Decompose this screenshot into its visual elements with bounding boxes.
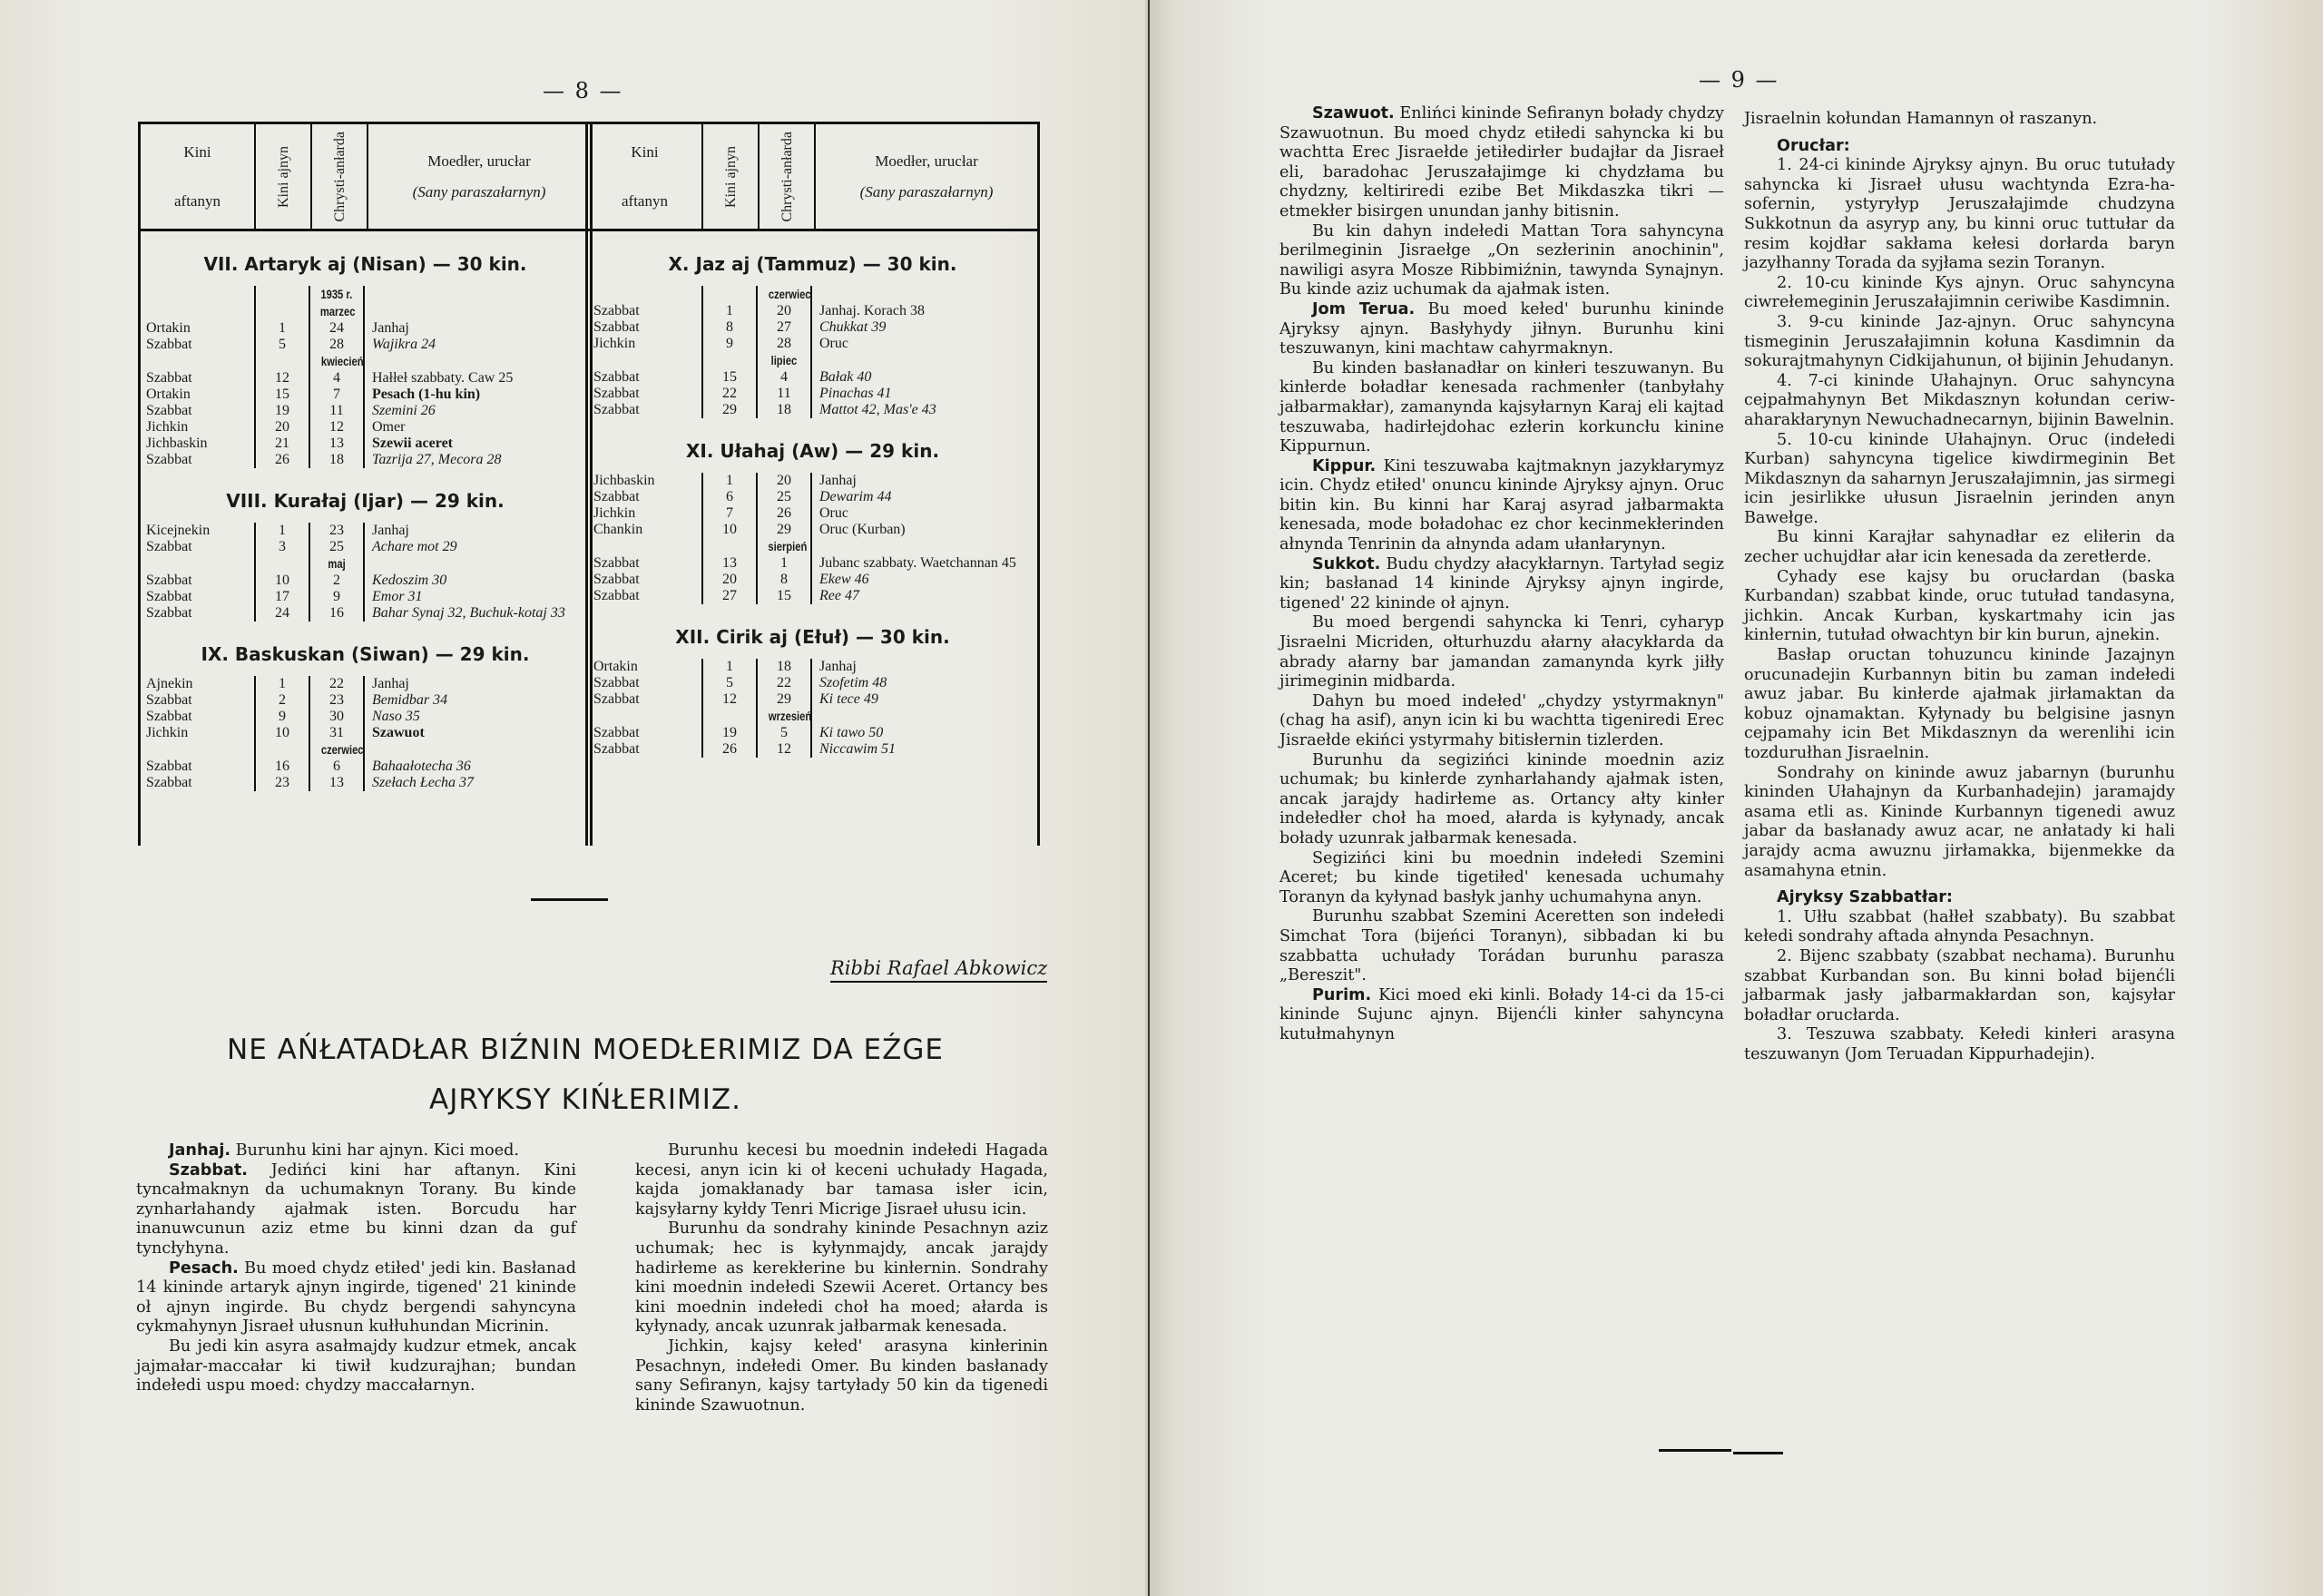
- paragraph: Pesach. Bu moed chydz etiłed' jedi kin. …: [136, 1259, 576, 1337]
- day-name: Szabbat: [141, 337, 254, 353]
- gregorian-value: 16: [329, 605, 344, 621]
- gregorian-date: 8: [756, 572, 810, 588]
- day-of-month: 26: [254, 452, 309, 468]
- months-right: X. Jaz aj (Tammuz) — 30 kin.czerwiecSzab…: [588, 253, 1037, 758]
- gregorian-value: 12: [329, 419, 344, 435]
- paragraph-lead: Jom Terua.: [1312, 300, 1415, 318]
- gregorian-date: 2: [309, 573, 363, 589]
- section-heading: Ajryksy Szabbatłar:: [1744, 888, 2175, 908]
- paragraph-text: 4. 7-ci kininde Ułahajnyn. Oruc sahyncyn…: [1744, 372, 2175, 429]
- day-of-month: 12: [254, 370, 309, 387]
- day-name: Szabbat: [141, 370, 254, 387]
- gregorian-date: czerwiec: [309, 741, 363, 759]
- gregorian-date: wrzesień: [756, 708, 810, 725]
- month-rows: Ortakin118JanhajSzabbat522Szofetim 48Sza…: [588, 659, 1037, 758]
- day-of-month: 2: [254, 692, 309, 709]
- gregorian-value: 23: [329, 692, 344, 708]
- gregorian-value: 15: [777, 588, 791, 603]
- day-name: Jichbaskin: [588, 473, 701, 489]
- day-name: [141, 303, 254, 320]
- event: Janhaj: [810, 659, 1037, 675]
- gregorian-date: 4: [756, 369, 810, 386]
- author-signature: Ribbi Rafael Abkowicz: [830, 957, 1047, 983]
- gregorian-value: 28: [329, 337, 344, 352]
- day-of-month: 29: [701, 402, 756, 418]
- day-name: Szabbat: [588, 588, 701, 604]
- event: Janhaj: [363, 523, 590, 539]
- gregorian-value: 1: [780, 555, 788, 571]
- gregorian-value: 4: [780, 369, 788, 385]
- gregorian-date: 18: [309, 452, 363, 468]
- event: Hałłeł szabbaty. Caw 25: [363, 370, 590, 387]
- paragraph-text: Segizińci kini bu moednin indełedi Szemi…: [1279, 849, 1724, 906]
- section-heading: Orucłar:: [1744, 137, 2175, 157]
- event: Pinachas 41: [810, 386, 1037, 402]
- gregorian-date: 28: [756, 336, 810, 352]
- day-name: Szabbat: [588, 369, 701, 386]
- day-of-month: 22: [701, 386, 756, 402]
- day-name: Szabbat: [141, 573, 254, 589]
- gregorian-value: czerwiec: [769, 286, 811, 302]
- gregorian-date: 25: [756, 489, 810, 505]
- day-name: [141, 555, 254, 573]
- gregorian-value: 25: [777, 489, 791, 504]
- paragraph: Sondrahy on kininde awuz jabarnyn (burun…: [1744, 764, 2175, 882]
- gregorian-date: 13: [309, 436, 363, 452]
- gregorian-value: 20: [777, 303, 791, 318]
- header-kini-ajnyn: Kini ajnyn: [723, 146, 739, 208]
- day-of-month: [254, 286, 309, 303]
- gregorian-date: 1: [756, 555, 810, 572]
- event: [810, 286, 1037, 303]
- paragraph: Burunhu da sondrahy kininde Pesachnyn az…: [635, 1219, 1048, 1337]
- event: Achare mot 29: [363, 539, 590, 555]
- article-column-4: Jisraelnin kołundan Hamannyn oł raszanyn…: [1744, 110, 2175, 1065]
- paragraph-text: 3. Teszuwa szabbaty. Kełedi kinłeri aras…: [1744, 1025, 2175, 1063]
- day-name: Jichkin: [588, 336, 701, 352]
- header-kini-ajnyn: Kini ajnyn: [276, 146, 291, 208]
- day-of-month: [701, 286, 756, 303]
- paragraph: 1. 24-ci kininde Ajryksy ajnyn. Bu oruc …: [1744, 156, 2175, 274]
- day-of-month: 12: [701, 691, 756, 708]
- day-name: Szabbat: [141, 759, 254, 775]
- gregorian-value: 29: [777, 522, 791, 537]
- gregorian-value: 26: [777, 505, 791, 521]
- day-of-month: 1: [701, 303, 756, 319]
- event: Oruc (Kurban): [810, 522, 1037, 538]
- paragraph-text: Bu jedi kin asyra asałmajdy kudzur etmek…: [136, 1337, 576, 1395]
- gregorian-value: 12: [777, 741, 791, 757]
- day-name: Szabbat: [141, 403, 254, 419]
- gregorian-value: 1935 r.: [321, 286, 353, 302]
- gregorian-date: 20: [756, 473, 810, 489]
- gregorian-value: 11: [777, 386, 790, 401]
- gregorian-value: 9: [333, 589, 340, 604]
- day-name: Szabbat: [141, 605, 254, 622]
- month-rows: Kicejnekin123JanhajSzabbat325Achare mot …: [141, 523, 590, 622]
- event: Ree 47: [810, 588, 1037, 604]
- month-title: X. Jaz aj (Tammuz) — 30 kin.: [588, 253, 1037, 275]
- paragraph-text: Jichkin, kajsy kełed' arasyna kinłerinin…: [635, 1337, 1048, 1415]
- day-name: Jichkin: [588, 505, 701, 522]
- event: Janhaj: [810, 473, 1037, 489]
- day-name: Szabbat: [588, 489, 701, 505]
- header-chrystianlarda: Chrysti-anłarda: [332, 132, 348, 222]
- day-of-month: 10: [254, 725, 309, 741]
- event: Szewii aceret: [363, 436, 590, 452]
- month-title: IX. Baskuskan (Siwan) — 29 kin.: [141, 643, 590, 665]
- gregorian-value: maj: [328, 555, 345, 572]
- event: Bałak 40: [810, 369, 1037, 386]
- event: Tazrija 27, Mecora 28: [363, 452, 590, 468]
- paragraph: Bu kinden basłanadłar on kinłeri teszuwa…: [1279, 359, 1724, 457]
- month-section: XI. Ułahaj (Aw) — 29 kin.Jichbaskin120Ja…: [588, 440, 1037, 604]
- header-kini: Kini: [183, 143, 211, 162]
- paragraph: Janhaj. Burunhu kini har ajnyn. Kici moe…: [136, 1141, 576, 1161]
- paragraph: Burunhu da segizińci kininde moednin azi…: [1279, 751, 1724, 849]
- paragraph-text: Burunhu szabbat Szemini Aceretten son in…: [1279, 907, 1724, 984]
- day-name: [141, 353, 254, 370]
- paragraph: Sukkot. Budu chydzy ałacykłarnyn. Tartył…: [1279, 555, 1724, 614]
- page-number-left: — 8 —: [543, 78, 623, 103]
- event: Oruc: [810, 505, 1037, 522]
- day-of-month: [254, 353, 309, 370]
- paragraph-lead: Pesach.: [169, 1259, 239, 1278]
- paragraph: Basłap oructan tohuzuncu kininde Jazajny…: [1744, 646, 2175, 764]
- day-of-month: 1: [254, 523, 309, 539]
- paragraph-text: 2. 10-cu kininde Kys ajnyn. Oruc sahyncy…: [1744, 274, 2175, 312]
- paragraph-text: Bu kin dahyn indełedi Mattan Tora sahync…: [1279, 222, 1724, 299]
- paragraph-text: 1. 24-ci kininde Ajryksy ajnyn. Bu oruc …: [1744, 156, 2175, 272]
- day-name: Szabbat: [588, 319, 701, 336]
- gregorian-date: 12: [756, 741, 810, 758]
- event: Jubanc szabbaty. Waetchannan 45: [810, 555, 1037, 572]
- event: [810, 352, 1037, 369]
- gregorian-date: lipiec: [756, 352, 810, 369]
- gregorian-value: 18: [777, 402, 791, 417]
- day-of-month: 20: [701, 572, 756, 588]
- gregorian-value: 18: [329, 452, 344, 467]
- gregorian-date: 9: [309, 589, 363, 605]
- paragraph: 2. 10-cu kininde Kys ajnyn. Oruc sahyncy…: [1744, 274, 2175, 313]
- gregorian-value: 23: [329, 523, 344, 538]
- event: Bemidbar 34: [363, 692, 590, 709]
- day-of-month: 3: [254, 539, 309, 555]
- calendar-table-right: Kiniaftanyn Kini ajnyn Chrysti-anłarda M…: [585, 122, 1040, 846]
- day-name: Chankin: [588, 522, 701, 538]
- gregorian-date: 13: [309, 775, 363, 791]
- day-of-month: 9: [701, 336, 756, 352]
- day-name: [588, 708, 701, 725]
- gregorian-value: 13: [329, 436, 344, 451]
- event: Szemini 26: [363, 403, 590, 419]
- day-name: Szabbat: [588, 572, 701, 588]
- gregorian-date: 7: [309, 387, 363, 403]
- gregorian-value: 28: [777, 336, 791, 351]
- event: Szełach Łecha 37: [363, 775, 590, 791]
- day-of-month: 8: [701, 319, 756, 336]
- gregorian-value: 8: [780, 572, 788, 587]
- day-name: Jichbaskin: [141, 436, 254, 452]
- paragraph: Bu kin dahyn indełedi Mattan Tora sahync…: [1279, 222, 1724, 300]
- header-moedler: Moedłer, urucłar: [875, 152, 978, 171]
- headline-line-1: NE AŃŁATADŁAR BIŹNIN MOEDŁERIMIZ DA EŹGE: [136, 1025, 1034, 1075]
- header-aftanyn: aftanyn: [622, 192, 668, 211]
- page-number-right: — 9 —: [1699, 67, 1779, 93]
- gregorian-value: 22: [329, 676, 344, 691]
- gregorian-value: kwiecień: [321, 353, 364, 369]
- paragraph-text: 5. 10-cu kininde Ułahajnyn. Oruc (indełe…: [1744, 431, 2175, 527]
- paragraph-text: 1. Ułłu szabbat (hałłeł szabbaty). Bu sz…: [1744, 908, 2175, 946]
- month-title: VII. Artaryk aj (Nisan) — 30 kin.: [141, 253, 590, 275]
- day-name: Szabbat: [141, 692, 254, 709]
- paragraph: Bu moed bergendi sahyncka ki Tenri, cyha…: [1279, 613, 1724, 691]
- gregorian-date: 18: [756, 659, 810, 675]
- gregorian-value: czerwiec: [321, 741, 364, 758]
- day-of-month: 1: [254, 320, 309, 337]
- gregorian-date: 18: [756, 402, 810, 418]
- event: Janhaj: [363, 320, 590, 337]
- gregorian-value: 4: [333, 370, 340, 386]
- divider-rule: [1733, 1452, 1783, 1454]
- month-title: XII. Cirik aj (Ełuł) — 30 kin.: [588, 626, 1037, 648]
- gregorian-date: 25: [309, 539, 363, 555]
- paragraph: 3. 9-cu kininde Jaz-ajnyn. Oruc sahyncyn…: [1744, 313, 2175, 372]
- day-of-month: 5: [254, 337, 309, 353]
- event: Szawuot: [363, 725, 590, 741]
- gregorian-date: marzec: [309, 303, 363, 320]
- day-name: Jichkin: [141, 419, 254, 436]
- day-name: [141, 286, 254, 303]
- day-name: Ortakin: [141, 320, 254, 337]
- gregorian-date: 22: [756, 675, 810, 691]
- gregorian-value: 25: [329, 539, 344, 554]
- day-of-month: 27: [701, 588, 756, 604]
- month-rows: Ajnekin122JanhajSzabbat223Bemidbar 34Sza…: [141, 676, 590, 791]
- day-of-month: 15: [254, 387, 309, 403]
- calendar-table-left: Kiniaftanyn Kini ajnyn Chrysti-anłarda M…: [138, 122, 593, 846]
- day-name: [588, 352, 701, 369]
- day-of-month: [701, 708, 756, 725]
- day-name: Szabbat: [588, 741, 701, 758]
- event: [810, 708, 1037, 725]
- gregorian-value: wrzesień: [769, 708, 811, 724]
- gregorian-date: 20: [756, 303, 810, 319]
- paragraph: 5. 10-cu kininde Ułahajnyn. Oruc (indełe…: [1744, 431, 2175, 529]
- gregorian-date: 15: [756, 588, 810, 604]
- paragraph-text: Bu kinni Karajłar sahynadłar ez eliłerin…: [1744, 528, 2175, 566]
- table-header: Kiniaftanyn Kini ajnyn Chrysti-anłarda M…: [141, 124, 590, 231]
- event: [363, 303, 590, 320]
- day-name: Szabbat: [588, 386, 701, 402]
- gregorian-date: 30: [309, 709, 363, 725]
- event: Janhaj. Korach 38: [810, 303, 1037, 319]
- paragraph: Szawuot. Enlińci kininde Sefiranyn boład…: [1279, 104, 1724, 222]
- paragraph: Dahyn bu moed indełed' „chydzy ystyrmakn…: [1279, 692, 1724, 751]
- paragraph-text: Burunhu kecesi bu moednin indełedi Hagad…: [635, 1141, 1048, 1219]
- event: Ekew 46: [810, 572, 1037, 588]
- day-of-month: 7: [701, 505, 756, 522]
- event: Wajikra 24: [363, 337, 590, 353]
- day-of-month: 9: [254, 709, 309, 725]
- header-moedler: Moedłer, urucłar: [427, 152, 531, 171]
- day-of-month: [701, 538, 756, 555]
- day-name: [141, 741, 254, 759]
- month-rows: czerwiecSzabbat120Janhaj. Korach 38Szabb…: [588, 286, 1037, 418]
- divider-rule: [1659, 1449, 1731, 1452]
- event: Dewarim 44: [810, 489, 1037, 505]
- day-name: Szabbat: [588, 402, 701, 418]
- paragraph: 4. 7-ci kininde Ułahajnyn. Oruc sahyncyn…: [1744, 372, 2175, 431]
- paragraph-text: 3. 9-cu kininde Jaz-ajnyn. Oruc sahyncyn…: [1744, 313, 2175, 370]
- month-rows: 1935 r.marzecOrtakin124JanhajSzabbat528W…: [141, 286, 590, 468]
- gregorian-value: 31: [329, 725, 344, 740]
- paragraph: Kippur. Kini teszuwaba kajtmaknyn jazykł…: [1279, 457, 1724, 555]
- book-spine: [1148, 0, 1150, 1596]
- event: Oruc: [810, 336, 1037, 352]
- event: [363, 555, 590, 573]
- right-page: — 9 — Szawuot. Enlińci kininde Sefiranyn…: [1148, 0, 2323, 1596]
- paragraph-lead: Szawuot.: [1312, 104, 1395, 122]
- day-of-month: [701, 352, 756, 369]
- paragraph-lead: Szabbat.: [169, 1161, 248, 1180]
- paragraph: Szabbat. Jedińci kini har aftanyn. Kini …: [136, 1161, 576, 1259]
- paragraph-text: Dahyn bu moed indełed' „chydzy ystyrmakn…: [1279, 692, 1724, 749]
- paragraph-lead: Janhaj.: [169, 1141, 230, 1160]
- day-name: Szabbat: [588, 675, 701, 691]
- day-of-month: 19: [254, 403, 309, 419]
- paragraph: 2. Bijenc szabbaty (szabbat nechama). Bu…: [1744, 947, 2175, 1025]
- headline-line-2: AJRYKSY KIŃŁERIMIZ.: [136, 1075, 1034, 1125]
- day-of-month: 24: [254, 605, 309, 622]
- gregorian-value: 13: [329, 775, 344, 790]
- event: [363, 286, 590, 303]
- gregorian-value: lipiec: [771, 352, 798, 368]
- month-section: VIII. Kurałaj (Ijar) — 29 kin.Kicejnekin…: [141, 490, 590, 622]
- paragraph: Cyhady ese kajsy bu orucłardan (baska Ku…: [1744, 568, 2175, 646]
- day-name: [588, 286, 701, 303]
- day-name: Szabbat: [141, 452, 254, 468]
- day-of-month: 15: [701, 369, 756, 386]
- gregorian-value: 5: [780, 725, 788, 740]
- day-of-month: 1: [701, 659, 756, 675]
- paragraph-text: Basłap oructan tohuzuncu kininde Jazajny…: [1744, 646, 2175, 762]
- paragraph-text: Bu kinden basłanadłar on kinłeri teszuwa…: [1279, 359, 1724, 455]
- month-section: IX. Baskuskan (Siwan) — 29 kin.Ajnekin12…: [141, 643, 590, 791]
- day-of-month: [254, 555, 309, 573]
- event: Ki tawo 50: [810, 725, 1037, 741]
- gregorian-value: 24: [329, 320, 344, 336]
- day-of-month: 17: [254, 589, 309, 605]
- day-name: [588, 538, 701, 555]
- paragraph: Segizińci kini bu moednin indełedi Szemi…: [1279, 849, 1724, 908]
- day-name: Szabbat: [141, 589, 254, 605]
- day-name: Szabbat: [141, 709, 254, 725]
- paragraph-lead: Kippur.: [1312, 457, 1376, 475]
- article-column-2: Burunhu kecesi bu moednin indełedi Hagad…: [635, 1141, 1048, 1415]
- day-of-month: 6: [701, 489, 756, 505]
- paragraph-text: Bu moed bergendi sahyncka ki Tenri, cyha…: [1279, 613, 1724, 690]
- month-rows: Jichbaskin120JanhajSzabbat625Dewarim 44J…: [588, 473, 1037, 604]
- event: Kedoszim 30: [363, 573, 590, 589]
- article-column-1: Janhaj. Burunhu kini har ajnyn. Kici moe…: [136, 1141, 576, 1396]
- gregorian-value: 11: [329, 403, 343, 418]
- day-of-month: 20: [254, 419, 309, 436]
- paragraph: Jom Terua. Bu moed kełed' burunhu kinind…: [1279, 300, 1724, 359]
- gregorian-date: 11: [309, 403, 363, 419]
- day-of-month: 10: [254, 573, 309, 589]
- header-sany: (Sany paraszałarnyn): [413, 183, 546, 201]
- gregorian-date: 16: [309, 605, 363, 622]
- paragraph-text: Burunhu kini har ajnyn. Kici moed.: [230, 1141, 519, 1160]
- paragraph-text: 2. Bijenc szabbaty (szabbat nechama). Bu…: [1744, 947, 2175, 1024]
- month-section: XII. Cirik aj (Ełuł) — 30 kin.Ortakin118…: [588, 626, 1037, 758]
- event: Niccawim 51: [810, 741, 1037, 758]
- event: Szofetim 48: [810, 675, 1037, 691]
- gregorian-date: sierpień: [756, 538, 810, 555]
- day-of-month: [254, 741, 309, 759]
- paragraph-text: Burunhu da sondrahy kininde Pesachnyn az…: [635, 1219, 1048, 1336]
- day-of-month: 16: [254, 759, 309, 775]
- month-title: VIII. Kurałaj (Ijar) — 29 kin.: [141, 490, 590, 512]
- gregorian-value: 18: [777, 659, 791, 674]
- gregorian-date: czerwiec: [756, 286, 810, 303]
- gregorian-date: 6: [309, 759, 363, 775]
- paragraph: Purim. Kici moed eki kinli. Bołady 14-ci…: [1279, 986, 1724, 1045]
- event: Emor 31: [363, 589, 590, 605]
- gregorian-date: 29: [756, 522, 810, 538]
- paragraph-text: Burunhu da segizińci kininde moednin azi…: [1279, 751, 1724, 847]
- gregorian-date: 29: [756, 691, 810, 708]
- gregorian-date: 11: [756, 386, 810, 402]
- gregorian-value: 6: [333, 759, 340, 774]
- month-section: VII. Artaryk aj (Nisan) — 30 kin.1935 r.…: [141, 253, 590, 468]
- paragraph: Jichkin, kajsy kełed' arasyna kinłerinin…: [635, 1337, 1048, 1415]
- gregorian-date: 26: [756, 505, 810, 522]
- gregorian-date: 12: [309, 419, 363, 436]
- paragraph: Jisraelnin kołundan Hamannyn oł raszanyn…: [1744, 110, 2175, 130]
- article-column-3: Szawuot. Enlińci kininde Sefiranyn boład…: [1279, 104, 1724, 1045]
- paragraph-lead: Purim.: [1312, 986, 1371, 1004]
- gregorian-value: sierpień: [768, 538, 807, 554]
- paragraph: 3. Teszuwa szabbaty. Kełedi kinłeri aras…: [1744, 1025, 2175, 1064]
- event: Chukkat 39: [810, 319, 1037, 336]
- left-page: — 8 — Kiniaftanyn Kini ajnyn Chrysti-anł…: [0, 0, 1148, 1596]
- day-name: Szabbat: [141, 539, 254, 555]
- day-of-month: 19: [701, 725, 756, 741]
- header-sany: (Sany paraszałarnyn): [860, 183, 994, 201]
- gregorian-date: 23: [309, 692, 363, 709]
- gregorian-date: 24: [309, 320, 363, 337]
- month-title: XI. Ułahaj (Aw) — 29 kin.: [588, 440, 1037, 462]
- day-name: Ajnekin: [141, 676, 254, 692]
- event: Naso 35: [363, 709, 590, 725]
- gregorian-date: 27: [756, 319, 810, 336]
- paragraph: Burunhu kecesi bu moednin indełedi Hagad…: [635, 1141, 1048, 1219]
- gregorian-value: 27: [777, 319, 791, 335]
- day-of-month: 13: [701, 555, 756, 572]
- gregorian-date: 23: [309, 523, 363, 539]
- day-of-month: 21: [254, 436, 309, 452]
- table-header: Kiniaftanyn Kini ajnyn Chrysti-anłarda M…: [588, 124, 1037, 231]
- paragraph: 1. Ułłu szabbat (hałłeł szabbaty). Bu sz…: [1744, 908, 2175, 947]
- months-left: VII. Artaryk aj (Nisan) — 30 kin.1935 r.…: [141, 253, 590, 791]
- event: Bahar Synaj 32, Buchuk-kotaj 33: [363, 605, 590, 622]
- gregorian-value: 22: [777, 675, 791, 690]
- paragraph: Burunhu szabbat Szemini Aceretten son in…: [1279, 907, 1724, 985]
- divider-rule: [531, 898, 608, 901]
- day-of-month: 26: [701, 741, 756, 758]
